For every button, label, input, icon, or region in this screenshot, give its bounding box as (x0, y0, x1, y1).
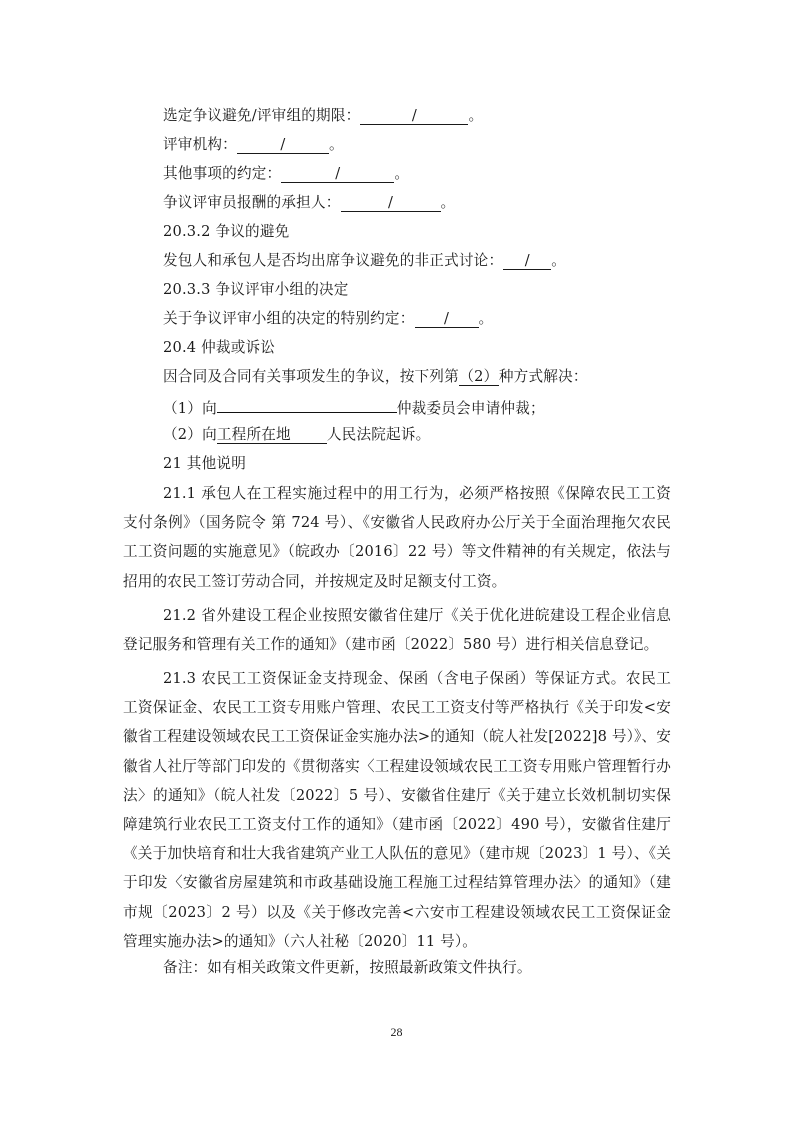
court-location-blank: 工程所在地 (217, 427, 327, 444)
informal-discussion-blank: / (503, 253, 551, 270)
punct: 人民法院起诉。 (327, 426, 431, 443)
punct: 。 (551, 252, 566, 269)
panel-decision-blank: / (415, 311, 479, 328)
litigation-option-line: （2）向工程所在地人民法院起诉。 (163, 425, 430, 445)
reviewer-fee-line: 争议评审员报酬的承担人：/。 (163, 193, 455, 213)
review-body-blank: / (237, 137, 329, 154)
section-heading-20-3-2: 20.3.2 争议的避免 (163, 222, 289, 242)
punct: 种方式解决： (499, 368, 588, 385)
other-matters-line: 其他事项的约定：/。 (163, 164, 409, 184)
section-heading-21: 21 其他说明 (163, 454, 246, 474)
punct: 。 (479, 310, 494, 327)
arbitration-option-line: （1）向仲裁委员会申请仲裁； (163, 396, 545, 419)
section-heading-20-3-3: 20.3.3 争议评审小组的决定 (163, 280, 349, 300)
label: 选定争议避免/评审组的期限： (163, 107, 360, 124)
label: 其他事项的约定： (163, 165, 281, 182)
document-page: 选定争议避免/评审组的期限：/。 评审机构：/。 其他事项的约定：/。 争议评审… (0, 0, 793, 1122)
punct: 仲裁委员会申请仲裁； (397, 400, 545, 417)
punct: 。 (329, 136, 344, 153)
informal-discussion-line: 发包人和承包人是否均出席争议避免的非正式讨论：/。 (163, 251, 566, 271)
review-period-blank: / (360, 108, 468, 125)
label: （1）向 (163, 400, 217, 417)
panel-decision-line: 关于争议评审小组的决定的特别约定：/。 (163, 309, 493, 329)
label: 评审机构： (163, 136, 237, 153)
label: （2）向 (163, 426, 217, 443)
page-number: 28 (0, 1025, 793, 1040)
paragraph-21-3: 21.3 农民工工资保证金支持现金、保函（含电子保函）等保证方式。农民工工资保证… (123, 664, 671, 956)
arbitration-commission-blank (217, 396, 397, 413)
review-period-line: 选定争议避免/评审组的期限：/。 (163, 106, 483, 126)
punct: 。 (468, 107, 483, 124)
dispute-method-line: 因合同及合同有关事项发生的争议，按下列第（2）种方式解决： (163, 367, 588, 387)
reviewer-fee-blank: / (341, 195, 441, 212)
label: 发包人和承包人是否均出席争议避免的非正式讨论： (163, 252, 503, 269)
review-body-line: 评审机构：/。 (163, 135, 344, 155)
paragraph-21-1: 21.1 承包人在工程实施过程中的用工行为，必须严格按照《保障农民工工资支付条例… (123, 479, 671, 596)
label: 因合同及合同有关事项发生的争议，按下列第 (163, 368, 459, 385)
punct: 。 (441, 194, 456, 211)
section-heading-20-4: 20.4 仲裁或诉讼 (163, 338, 275, 358)
label: 争议评审员报酬的承担人： (163, 194, 341, 211)
dispute-method-blank: （2） (459, 369, 499, 386)
note-paragraph: 备注：如有相关政策文件更新，按照最新政策文件执行。 (123, 953, 671, 982)
paragraph-21-2: 21.2 省外建设工程企业按照安徽省住建厅《关于优化进皖建设工程企业信息登记服务… (123, 601, 671, 659)
other-matters-blank: / (281, 166, 394, 183)
label: 关于争议评审小组的决定的特别约定： (163, 310, 415, 327)
punct: 。 (394, 165, 409, 182)
